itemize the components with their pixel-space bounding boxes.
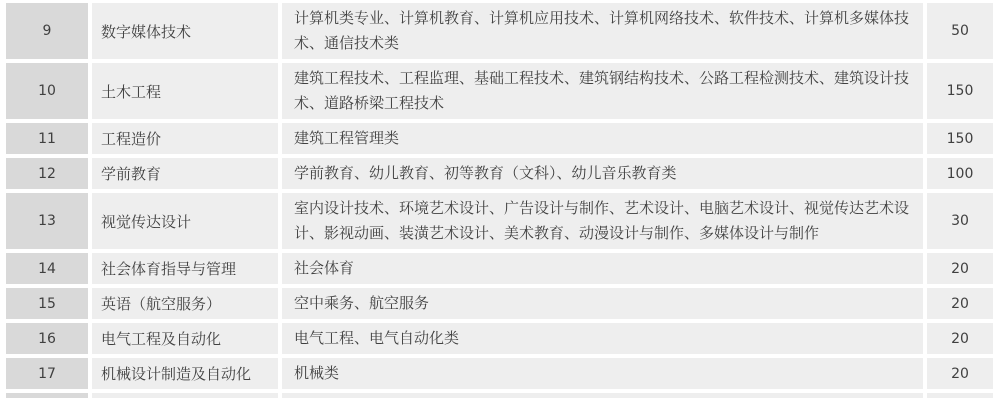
row-number: 12 [38,166,56,182]
quota-value: 50 [951,23,969,39]
row-number-cell: 16 [6,323,88,354]
eligible-majors-cell: 机械类 [282,358,923,389]
major-name: 学前教育 [101,163,161,184]
quota-cell: 20 [927,323,993,354]
admission-plan-table: 9 数字媒体技术 计算机类专业、计算机教育、计算机应用技术、计算机网络技术、软件… [0,0,998,398]
eligible-majors-list: 空中乘务、航空服务 [294,291,429,316]
major-name: 土木工程 [101,81,161,102]
row-number: 15 [38,296,56,312]
eligible-majors-list: 学前教育、幼儿教育、初等教育（文科）、幼儿音乐教育类 [294,161,677,186]
quota-value: 150 [947,83,974,99]
table-row: 16 电气工程及自动化 电气工程、电气自动化类 20 [6,323,993,354]
table-row: 14 社会体育指导与管理 社会体育 20 [6,253,993,284]
row-number-cell: 15 [6,288,88,319]
major-name-cell: 电气工程及自动化 [92,323,278,354]
table-row: 10 土木工程 建筑工程技术、工程监理、基础工程技术、建筑钢结构技术、公路工程检… [6,63,993,119]
quota-cell: 50 [927,3,993,59]
quota-cell: 150 [927,63,993,119]
major-name: 电气工程及自动化 [101,328,221,349]
eligible-majors-cell: 室内设计技术、环境艺术设计、广告设计与制作、艺术设计、电脑艺术设计、视觉传达艺术… [282,193,923,249]
table-row: 13 视觉传达设计 室内设计技术、环境艺术设计、广告设计与制作、艺术设计、电脑艺… [6,193,993,249]
row-number-cell: 10 [6,63,88,119]
row-number: 14 [38,261,56,277]
quota-value: 30 [951,213,969,229]
row-number: 9 [43,23,52,39]
row-number-cell: 9 [6,3,88,59]
quota-cell: 20 [927,288,993,319]
major-name-cell: 社会体育指导与管理 [92,253,278,284]
eligible-majors-list: 建筑工程技术、工程监理、基础工程技术、建筑钢结构技术、公路工程检测技术、建筑设计… [294,66,911,116]
row-number-cell: 14 [6,253,88,284]
major-name: 英语（航空服务） [101,293,221,314]
eligible-majors-cell: 建筑工程管理类 [282,123,923,154]
quota-value: 150 [947,131,974,147]
eligible-majors-cell: 社会体育 [282,253,923,284]
table-row: 17 机械设计制造及自动化 机械类 20 [6,358,993,389]
major-name-cell: 视觉传达设计 [92,193,278,249]
eligible-majors-cell: 建筑工程技术、工程监理、基础工程技术、建筑钢结构技术、公路工程检测技术、建筑设计… [282,63,923,119]
row-number: 16 [38,331,56,347]
major-name-cell: 机械设计制造及自动化 [92,358,278,389]
row-number-cell: 13 [6,193,88,249]
eligible-majors-cell: 电气工程、电气自动化类 [282,323,923,354]
major-name: 工程造价 [101,128,161,149]
quota-value: 20 [951,366,969,382]
eligible-majors-list: 室内设计技术、环境艺术设计、广告设计与制作、艺术设计、电脑艺术设计、视觉传达艺术… [294,196,911,246]
row-number: 13 [38,213,56,229]
eligible-majors-list: 社会体育 [294,256,354,281]
quota-cell: 30 [927,193,993,249]
quota-cell: 20 [927,358,993,389]
row-number-cell [6,393,88,398]
row-number-cell: 12 [6,158,88,189]
eligible-majors-cell: 学前教育、幼儿教育、初等教育（文科）、幼儿音乐教育类 [282,158,923,189]
row-number-cell: 11 [6,123,88,154]
eligible-majors-cell: 计算机类专业、计算机教育、计算机应用技术、计算机网络技术、软件技术、计算机多媒体… [282,3,923,59]
table-row: 15 英语（航空服务） 空中乘务、航空服务 20 [6,288,993,319]
eligible-majors-list: 建筑工程管理类 [294,126,399,151]
eligible-majors-cell [282,393,923,398]
major-name: 社会体育指导与管理 [101,258,236,279]
table-row: 12 学前教育 学前教育、幼儿教育、初等教育（文科）、幼儿音乐教育类 100 [6,158,993,189]
quota-value: 20 [951,331,969,347]
quota-cell: 100 [927,158,993,189]
table-row: 9 数字媒体技术 计算机类专业、计算机教育、计算机应用技术、计算机网络技术、软件… [6,3,993,59]
major-name-cell: 英语（航空服务） [92,288,278,319]
quota-cell [927,393,993,398]
eligible-majors-list: 机械类 [294,361,339,386]
major-name-cell: 工程造价 [92,123,278,154]
eligible-majors-cell: 空中乘务、航空服务 [282,288,923,319]
major-name-cell [92,393,278,398]
row-number: 11 [38,131,56,147]
major-name: 机械设计制造及自动化 [101,363,251,384]
quota-cell: 150 [927,123,993,154]
row-number: 10 [38,83,56,99]
quota-value: 20 [951,261,969,277]
table-row: 11 工程造价 建筑工程管理类 150 [6,123,993,154]
table-row-partial [6,393,993,398]
major-name: 视觉传达设计 [101,211,191,232]
row-number-cell: 17 [6,358,88,389]
major-name: 数字媒体技术 [101,21,191,42]
major-name-cell: 土木工程 [92,63,278,119]
quota-value: 100 [947,166,974,182]
major-name-cell: 数字媒体技术 [92,3,278,59]
eligible-majors-list: 计算机类专业、计算机教育、计算机应用技术、计算机网络技术、软件技术、计算机多媒体… [294,6,911,56]
eligible-majors-list: 电气工程、电气自动化类 [294,326,459,351]
major-name-cell: 学前教育 [92,158,278,189]
quota-cell: 20 [927,253,993,284]
row-number: 17 [38,366,56,382]
quota-value: 20 [951,296,969,312]
